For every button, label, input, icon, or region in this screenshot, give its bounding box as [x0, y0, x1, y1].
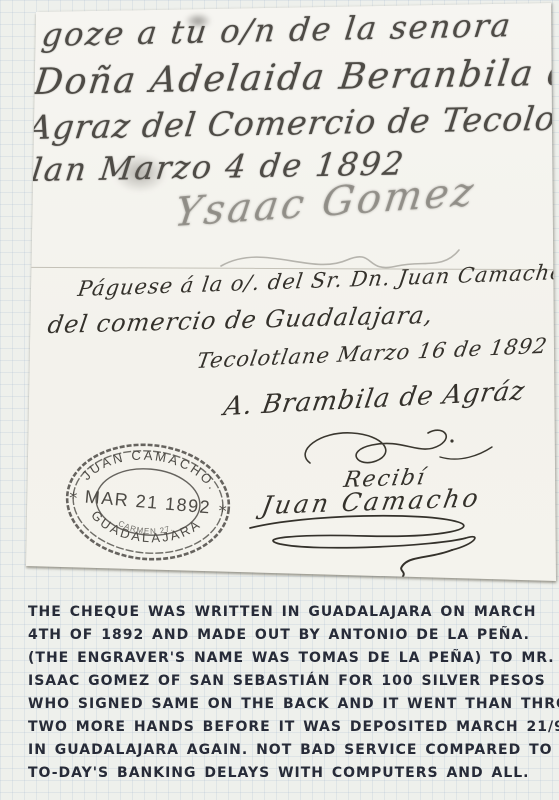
stamp-star-left: *	[68, 488, 78, 508]
stamp-star-right: *	[218, 501, 228, 521]
ink-signature-brambila: A. Brambila de Agráz	[222, 376, 528, 422]
rubber-stamp: JUAN CAMACHO. MAR 21 1892 CARMEN 27. GUA…	[57, 433, 239, 572]
caption-line: 4TH OF 1892 AND MADE OUT BY ANTONIO DE L…	[28, 624, 553, 647]
caption-block: THE CHEQUE WAS WRITTEN IN GUADALAJARA ON…	[28, 601, 553, 785]
ink-date-line: Tecolotlane Marzo 16 de 1892	[195, 334, 549, 373]
caption-line: (THE ENGRAVER'S NAME WAS TOMAS DE LA PEÑ…	[28, 647, 553, 670]
caption-line: TO-DAY'S BANKING DELAYS WITH COMPUTERS A…	[28, 762, 553, 785]
caption-line: TWO MORE HANDS BEFORE IT WAS DEPOSITED M…	[28, 716, 553, 739]
scanned-cheque-page: goze a tu o/n de la senora Doña Adelaida…	[0, 0, 559, 800]
pencil-line: goze a tu o/n de la senora	[40, 6, 515, 54]
caption-line: THE CHEQUE WAS WRITTEN IN GUADALAJARA ON…	[28, 601, 553, 624]
caption-line: WHO SIGNED SAME ON THE BACK AND IT WENT …	[28, 693, 553, 716]
caption-line: IN GUADALAJARA AGAIN. NOT BAD SERVICE CO…	[28, 739, 553, 762]
caption-line: ISAAC GOMEZ OF SAN SEBASTIÁN FOR 100 SIL…	[28, 670, 553, 693]
signature-underline-flourish	[236, 512, 490, 590]
ink-pay-line: del comercio de Guadalajara,	[46, 301, 435, 339]
graphite-smudge	[102, 146, 178, 200]
pencil-line: Doña Adelaida Beranbila de	[31, 52, 559, 103]
graphite-smudge	[180, 10, 216, 32]
pencil-line: Agraz del Comercio de Tecolotle	[26, 98, 559, 147]
